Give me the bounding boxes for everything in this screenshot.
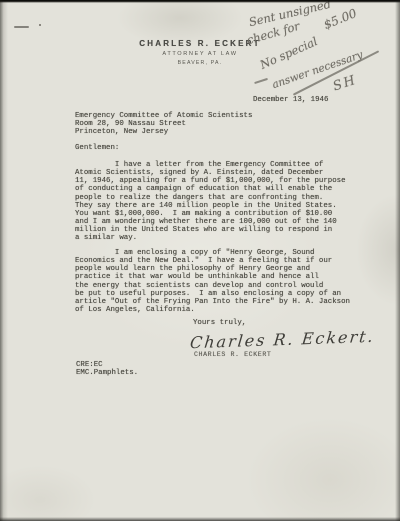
letterhead-title: ATTORNEY AT LAW [115, 51, 285, 57]
closing: Yours truly, [193, 319, 246, 327]
typed-signature-name: CHARLES R. ECKERT [194, 351, 271, 359]
salutation: Gentlemen: [75, 144, 119, 152]
handwritten-signature: Charles R. Eckert. [189, 327, 376, 353]
annotation-initials: SH [331, 73, 359, 95]
scan-edge-left [0, 0, 8, 521]
scan-edge-top [0, 0, 400, 3]
pencil-dot-mark [39, 24, 41, 26]
pencil-dash-mark [14, 26, 29, 28]
date-line: December 13, 1946 [253, 96, 328, 104]
recipient-address: Emergency Committee of Atomic Scientists… [75, 112, 252, 136]
reference-block: CRE:EC EMC.Pamphlets. [76, 361, 138, 377]
scan-edge-bottom [0, 517, 400, 521]
body-paragraph-1: I have a letter from the Emergency Commi… [75, 161, 346, 243]
annotation-dash-stroke [254, 78, 268, 84]
letter-page: CHARLES R. ECKERT ATTORNEY AT LAW BEAVER… [0, 0, 400, 521]
body-paragraph-2: I am enclosing a copy of "Henry George, … [75, 249, 350, 314]
scan-edge-right [395, 0, 400, 521]
